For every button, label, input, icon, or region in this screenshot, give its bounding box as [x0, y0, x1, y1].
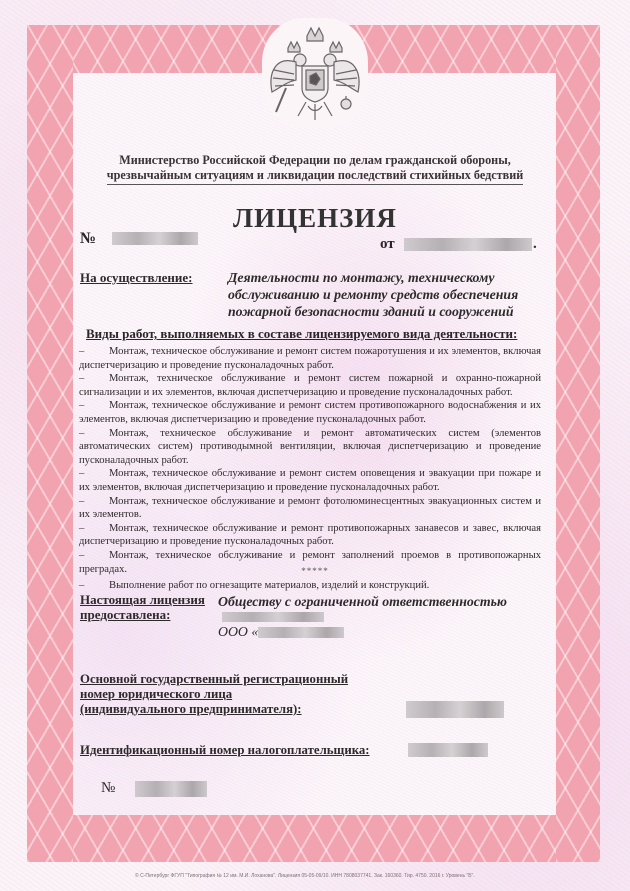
work-item: –Выполнение работ по огнезащите материал…	[79, 579, 541, 593]
form-number-redacted	[135, 781, 207, 797]
work-item: –Монтаж, техническое обслуживание и ремо…	[79, 345, 541, 372]
work-item: –Монтаж, техническое обслуживание и ремо…	[79, 495, 541, 522]
border-left	[27, 25, 73, 862]
ministry-line-2: чрезвычайным ситуациям и ликвидации посл…	[107, 168, 524, 185]
work-item: –Монтаж, техническое обслуживание и ремо…	[79, 467, 541, 494]
licensee-short-prefix: ООО «	[218, 623, 258, 640]
ogrn-value-redacted	[406, 701, 504, 718]
russian-coat-of-arms-icon	[262, 22, 368, 127]
license-number-label: №	[80, 230, 96, 248]
inn-label: Идентификационный номер налогоплательщик…	[80, 743, 370, 758]
licensee-full-name: Обществу с ограниченной ответственностью	[218, 593, 507, 610]
section-separator: *****	[0, 566, 630, 576]
work-item: –Монтаж, техническое обслуживание и ремо…	[79, 522, 541, 549]
printer-footer: © С-Петербург ФГУП "Типография № 12 им. …	[135, 873, 475, 879]
works-list: –Монтаж, техническое обслуживание и ремо…	[79, 345, 541, 593]
border-right	[556, 25, 600, 862]
work-item: –Монтаж, техническое обслуживание и ремо…	[79, 427, 541, 468]
inn-value-redacted	[408, 743, 488, 757]
license-number-redacted	[112, 232, 198, 245]
issuing-authority: Министерство Российской Федерации по дел…	[80, 153, 550, 185]
license-date-redacted	[404, 238, 532, 251]
granted-label: Настоящая лицензия предоставлена:	[80, 592, 205, 622]
activity-description: Деятельности по монтажу, техническому об…	[228, 269, 518, 320]
license-date-label: от	[380, 236, 395, 253]
ogrn-label: Основной государственный регистрационный…	[80, 672, 348, 717]
form-number-label: №	[101, 780, 115, 797]
licensee-short-name-redacted	[258, 627, 344, 638]
border-bottom	[27, 815, 600, 862]
ministry-line-1: Министерство Российской Федерации по дел…	[80, 153, 550, 168]
work-item: –Монтаж, техническое обслуживание и ремо…	[79, 399, 541, 426]
work-item: –Монтаж, техническое обслуживание и ремо…	[79, 372, 541, 399]
date-period: .	[533, 236, 537, 253]
licensee-name-redacted	[222, 612, 324, 622]
works-heading: Виды работ, выполняемых в составе лиценз…	[86, 326, 517, 342]
activity-label: На осуществление:	[80, 270, 193, 285]
